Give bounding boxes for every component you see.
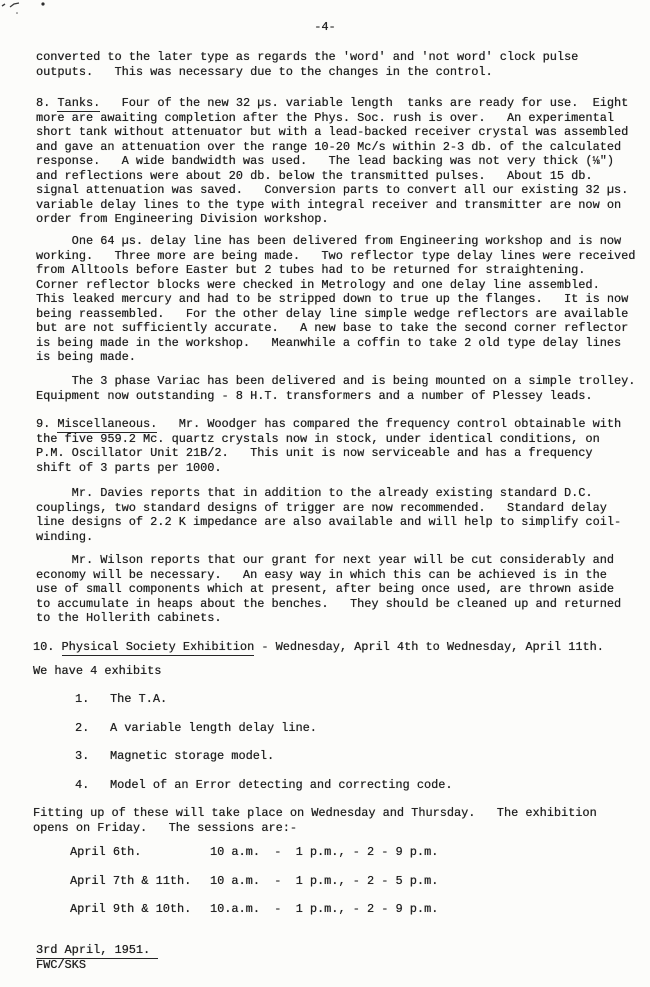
session-date: April 6th. xyxy=(70,845,141,860)
exhibit-item: 1. The T.A. xyxy=(0,692,650,708)
mr-davies-paragraph: Mr. Davies reports that in addition to t… xyxy=(36,486,621,544)
session-row: April 6th. 10 a.m. - 1 p.m., - 2 - 9 p.m… xyxy=(0,845,650,861)
exhibit-label: Model of an Error detecting and correcti… xyxy=(110,778,453,793)
intro-paragraph: converted to the later type as regards t… xyxy=(36,50,578,79)
mr-wilson-paragraph: Mr. Wilson reports that our grant for ne… xyxy=(36,553,621,626)
section-9-title: Miscellaneous. xyxy=(57,417,157,433)
section-10-title: Physical Society Exhibition xyxy=(62,640,255,656)
footer-initials: FWC/SKS xyxy=(36,958,86,973)
footer-date-line: 3rd April, 1951. xyxy=(36,943,158,958)
section-10-subtitle: - Wednesday, April 4th to Wednesday, Apr… xyxy=(254,640,604,654)
session-date: April 9th & 10th. xyxy=(70,902,191,917)
exhibit-label: A variable length delay line. xyxy=(110,721,317,736)
exhibit-label: Magnetic storage model. xyxy=(110,749,274,764)
exhibit-number: 3. xyxy=(75,749,89,764)
fitting-paragraph: Fitting up of these will take place on W… xyxy=(33,806,597,835)
exhibits-intro: We have 4 exhibits xyxy=(33,664,161,679)
session-times: 10 a.m. - 1 p.m., - 2 - 5 p.m. xyxy=(210,874,438,889)
section-8-title: Tanks. xyxy=(57,96,100,112)
section-8-paragraph-1: 8. Tanks. Four of the new 32 µs. variabl… xyxy=(36,96,628,227)
section-8-paragraph-2: One 64 µs. delay line has been delivered… xyxy=(36,234,635,365)
page-number: -4- xyxy=(0,20,650,35)
session-date: April 7th & 11th. xyxy=(70,874,191,889)
section-9-number: 9. xyxy=(36,417,57,431)
exhibit-number: 4. xyxy=(75,778,89,793)
document-page: -4- converted to the later type as regar… xyxy=(0,0,650,987)
section-8-body: Four of the new 32 µs. variable length t… xyxy=(36,96,628,226)
exhibit-item: 4. Model of an Error detecting and corre… xyxy=(0,778,650,794)
section-10-number: 10. xyxy=(33,640,62,654)
section-8-number: 8. xyxy=(36,96,57,110)
section-10-heading: 10. Physical Society Exhibition - Wednes… xyxy=(33,640,604,655)
session-row: April 7th & 11th. 10 a.m. - 1 p.m., - 2 … xyxy=(0,874,650,890)
exhibit-label: The T.A. xyxy=(110,692,167,707)
section-9-paragraph: 9. Miscellaneous. Mr. Woodger has compar… xyxy=(36,417,621,475)
section-8-paragraph-3: The 3 phase Variac has been delivered an… xyxy=(36,374,635,403)
handwritten-pen-marks xyxy=(0,0,60,20)
exhibit-number: 1. xyxy=(75,692,89,707)
exhibit-item: 2. A variable length delay line. xyxy=(0,721,650,737)
footer-date: 3rd April, 1951. xyxy=(36,943,158,959)
exhibit-number: 2. xyxy=(75,721,89,736)
session-row: April 9th & 10th. 10.a.m. - 1 p.m., - 2 … xyxy=(0,902,650,918)
exhibit-item: 3. Magnetic storage model. xyxy=(0,749,650,765)
session-times: 10 a.m. - 1 p.m., - 2 - 9 p.m. xyxy=(210,845,438,860)
session-times: 10.a.m. - 1 p.m., - 2 - 9 p.m. xyxy=(210,902,438,917)
